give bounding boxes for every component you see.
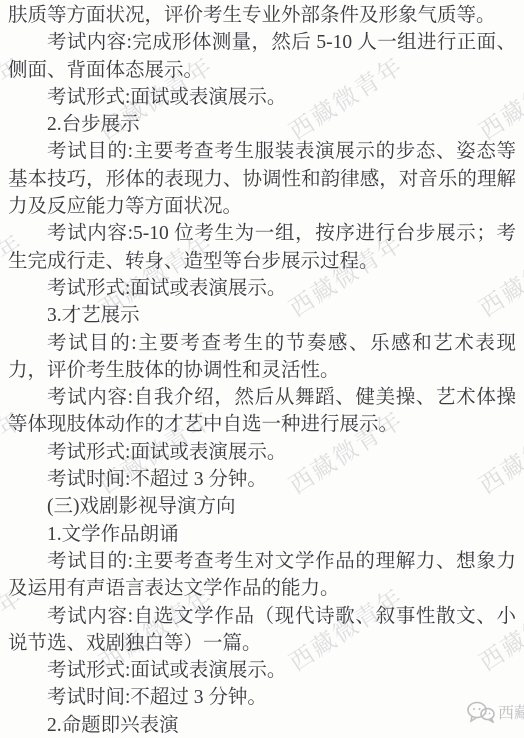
paragraph: 考试时间:不超过 3 分钟。	[8, 466, 516, 493]
paragraph: 2.命题即兴表演	[8, 712, 516, 738]
paragraph: 考试形式:面试或表演展示。	[8, 84, 516, 111]
document-content: 肤质等方面状况，评价考生专业外部条件及形象气质等。考试内容:完成形体测量，然后 …	[8, 2, 516, 738]
paragraph: 考试内容:自我介绍，然后从舞蹈、健美操、艺术体操等体现肢体动作的才艺中自选一种进…	[8, 384, 516, 439]
paragraph: 肤质等方面状况，评价考生专业外部条件及形象气质等。	[8, 2, 516, 29]
paragraph: 考试时间:不超过 3 分钟。	[8, 684, 516, 711]
paragraph: 考试内容:完成形体测量，然后 5-10 人一组进行正面、侧面、背面体态展示。	[8, 29, 516, 84]
document-page: 西藏微青年西藏微青年西藏微青年西藏微青年西藏微青年西藏微青年西藏微青年西藏微青年…	[0, 0, 524, 738]
paragraph: 考试内容:自选文学作品（现代诗歌、叙事性散文、小说节选、戏剧独白等）一篇。	[8, 603, 516, 658]
wechat-watermark-logo: 西藏	[467, 700, 524, 723]
paragraph: 考试内容:5-10 位考生为一组，按序进行台步展示；考生完成行走、转身、造型等台…	[8, 220, 516, 275]
paragraph: (三)戏剧影视导演方向	[8, 493, 516, 520]
wechat-logo-text: 西藏	[498, 700, 524, 723]
paragraph: 考试形式:面试或表演展示。	[8, 275, 516, 302]
paragraph: 1.文学作品朗诵	[8, 521, 516, 548]
paragraph: 考试目的:主要考查考生服装表演展示的步态、姿态等基本技巧，形体的表现力、协调性和…	[8, 138, 516, 220]
paragraph: 考试形式:面试或表演展示。	[8, 657, 516, 684]
paragraph: 考试形式:面试或表演展示。	[8, 439, 516, 466]
paragraph: 3.才艺展示	[8, 302, 516, 329]
paragraph: 考试目的:主要考查考生的节奏感、乐感和艺术表现力，评价考生肢体的协调性和灵活性。	[8, 330, 516, 385]
paragraph: 2.台步展示	[8, 111, 516, 138]
wechat-bubbles-icon	[467, 701, 495, 723]
paragraph: 考试目的:主要考查考生对文学作品的理解力、想象力及运用有声语言表达文学作品的能力…	[8, 548, 516, 603]
